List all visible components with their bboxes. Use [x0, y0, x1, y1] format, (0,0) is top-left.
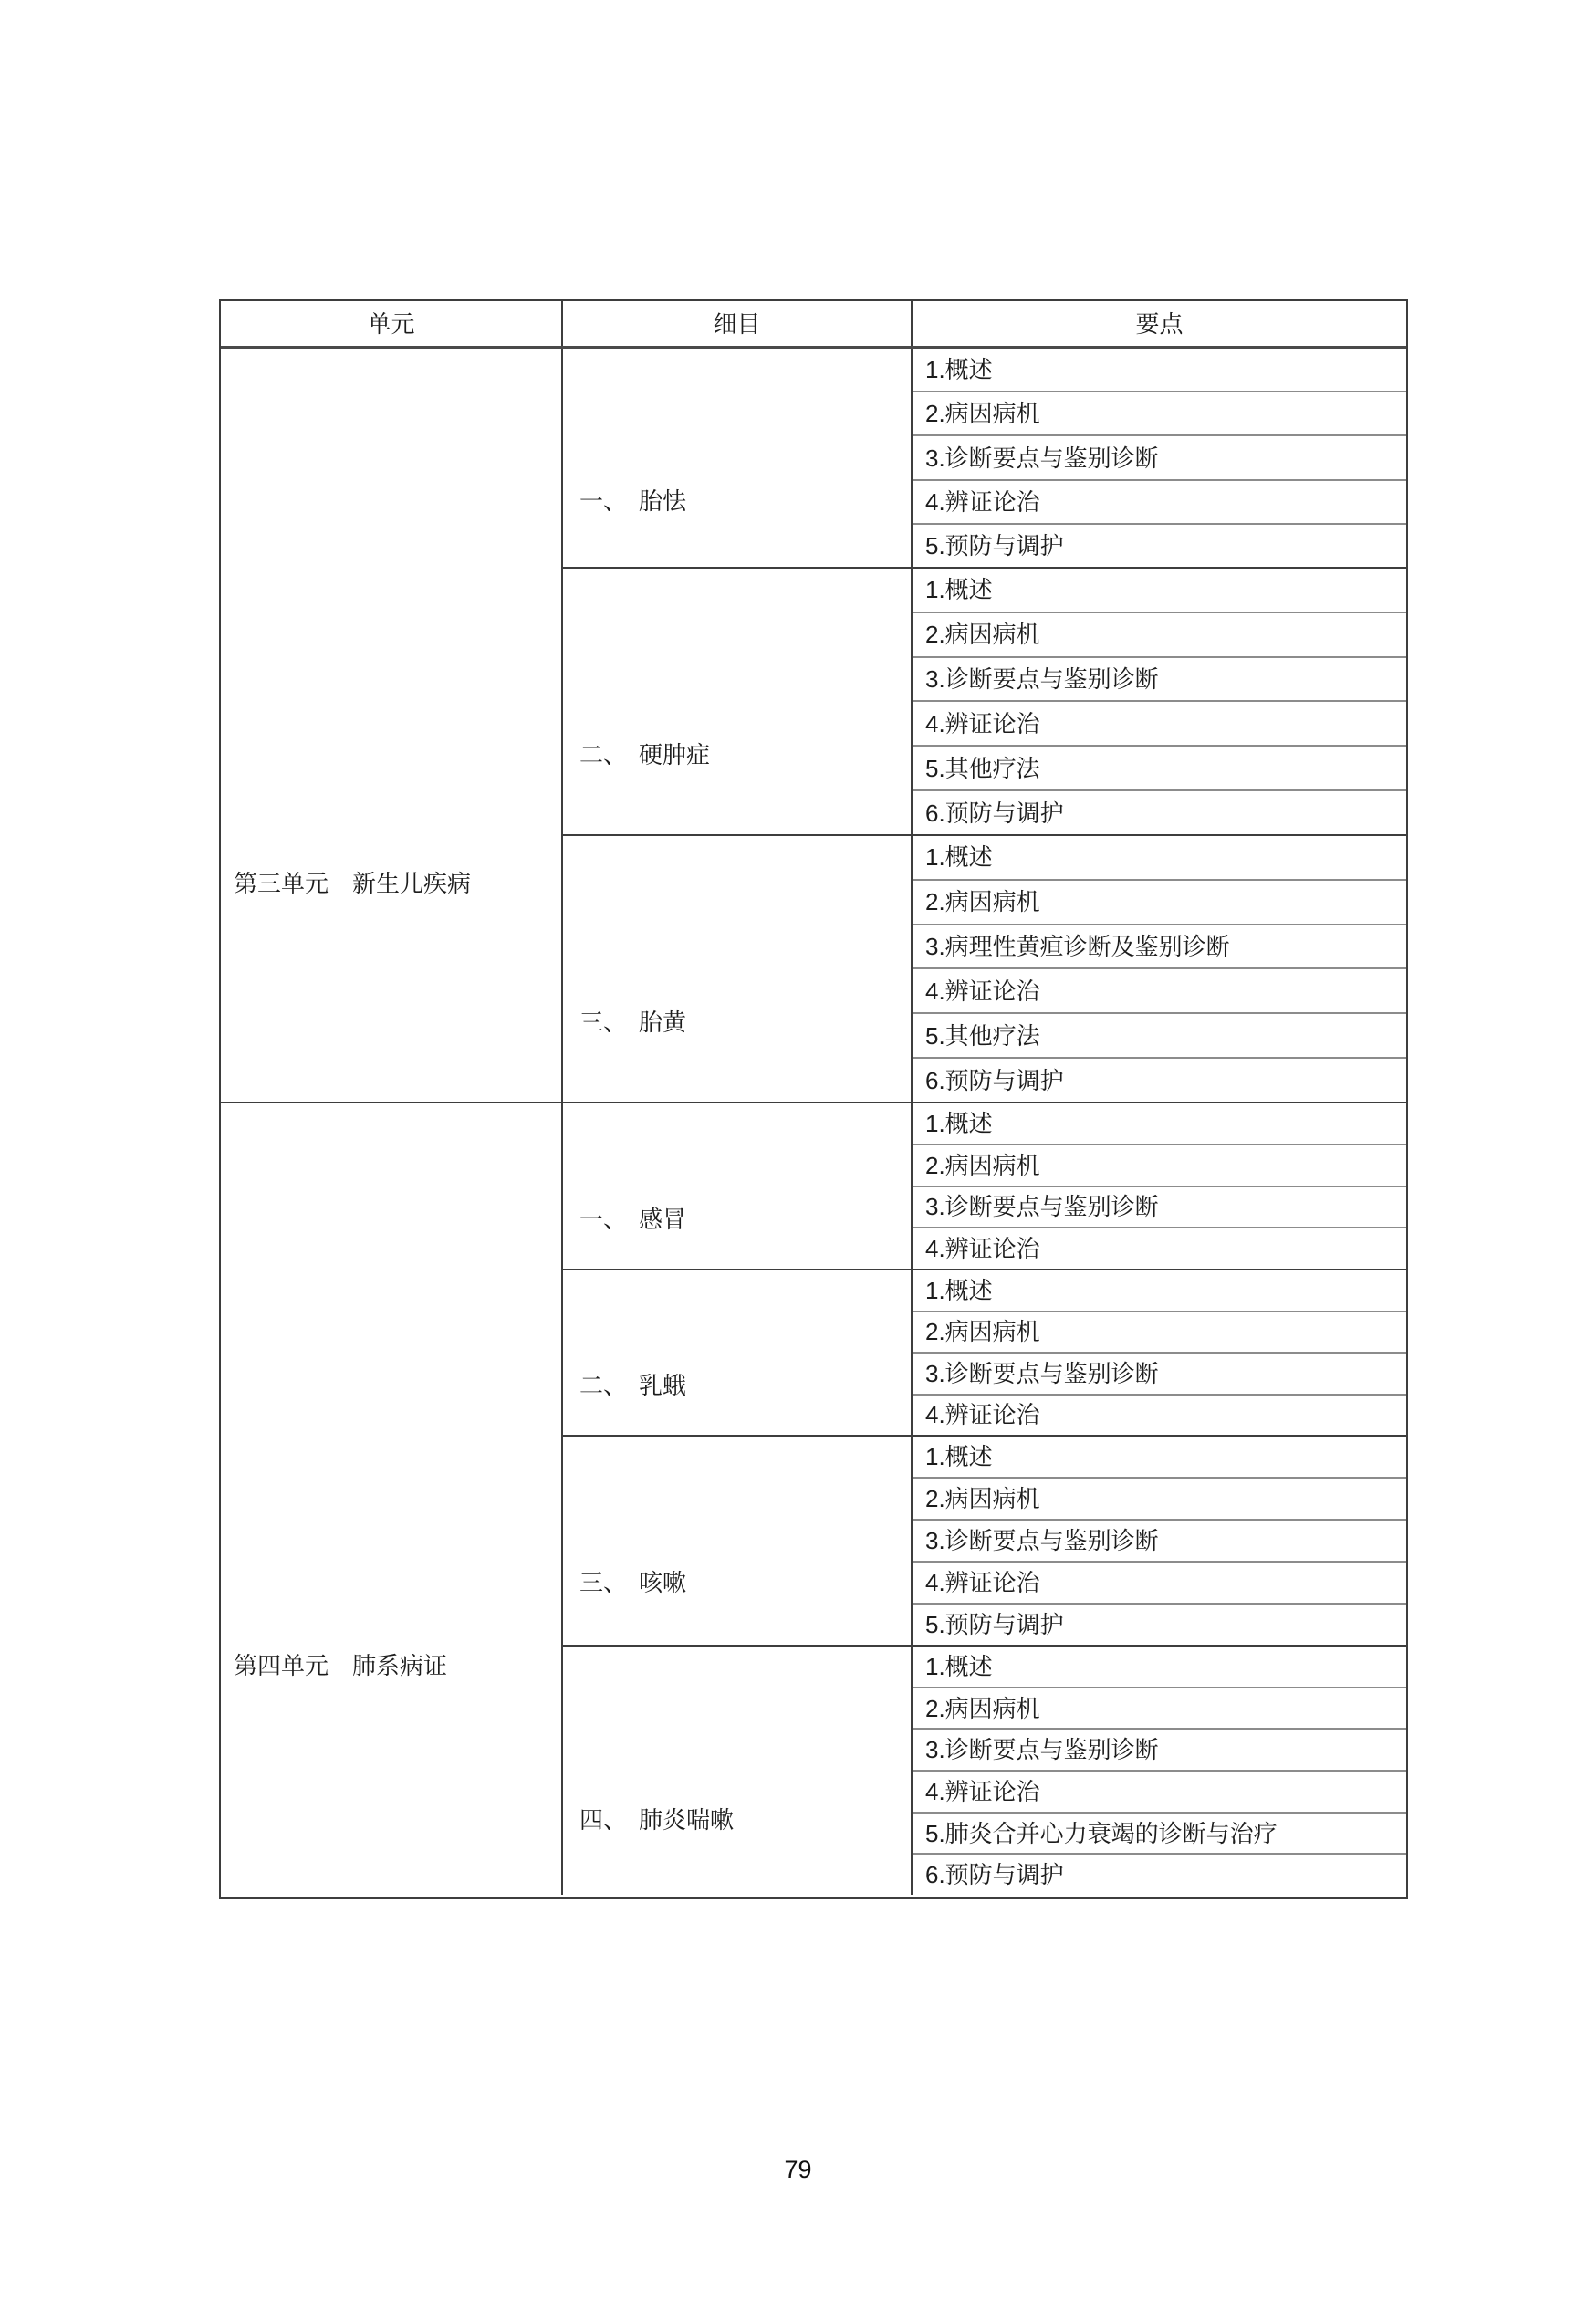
point-row: 2.病因病机	[913, 1145, 1406, 1187]
point-row: 2.病因病机	[913, 1312, 1406, 1354]
point-label: 2.病因病机	[925, 1487, 1040, 1511]
subsection-cell: 三、 胎黄	[563, 836, 913, 1102]
point-row: 5.预防与调护	[913, 1605, 1406, 1645]
point-label: 5.其他疗法	[925, 1024, 1040, 1048]
section-feiyanchuansou: 四、 肺炎喘嗽 1.概述 2.病因病机 3.诊断要点与鉴别诊断 4.辨证论治 5…	[563, 1647, 1406, 1895]
point-row: 3.诊断要点与鉴别诊断	[913, 1730, 1406, 1772]
point-label: 2.病因病机	[925, 402, 1040, 425]
point-label: 4.辨证论治	[925, 1780, 1040, 1803]
unit-cell: 第四单元 肺系病证	[221, 1103, 561, 1895]
point-label: 4.辨证论治	[925, 979, 1040, 1003]
point-label: 4.辨证论治	[925, 1571, 1040, 1594]
section-kesou: 三、 咳嗽 1.概述 2.病因病机 3.诊断要点与鉴别诊断 4.辨证论治 5.预…	[563, 1437, 1406, 1647]
points-cell: 1.概述 2.病因病机 3.诊断要点与鉴别诊断 4.辨证论治 5.肺炎合并心力衰…	[913, 1647, 1406, 1895]
point-row: 1.概述	[913, 1437, 1406, 1479]
point-label: 1.概述	[925, 1112, 993, 1135]
point-label: 3.诊断要点与鉴别诊断	[925, 1195, 1159, 1218]
point-label: 1.概述	[925, 1445, 993, 1469]
point-row: 4.辨证论治	[913, 1228, 1406, 1269]
subsection-label: 三、 咳嗽	[579, 1571, 686, 1594]
point-row: 3.诊断要点与鉴别诊断	[913, 658, 1406, 703]
point-label: 2.病因病机	[925, 1697, 1040, 1720]
points-cell: 1.概述 2.病因病机 3.诊断要点与鉴别诊断 4.辨证论治	[913, 1270, 1406, 1435]
point-label: 5.肺炎合并心力衰竭的诊断与治疗	[925, 1822, 1278, 1845]
point-row: 3.诊断要点与鉴别诊断	[913, 436, 1406, 480]
subsection-label: 四、 肺炎喘嗽	[579, 1808, 734, 1832]
point-label: 3.病理性黄疸诊断及鉴别诊断	[925, 935, 1230, 958]
unit-label: 第三单元 新生儿疾病	[234, 872, 471, 895]
subsection-cell: 二、 乳蛾	[563, 1270, 913, 1435]
point-label: 3.诊断要点与鉴别诊断	[925, 1362, 1159, 1385]
point-row: 4.辨证论治	[913, 1772, 1406, 1814]
point-row: 6.预防与调护	[913, 791, 1406, 834]
table-body: 第三单元 新生儿疾病 第四单元 肺系病证 一、 胎怯 1.概述 2.病因病机 3…	[221, 349, 1406, 1895]
point-row: 3.诊断要点与鉴别诊断	[913, 1521, 1406, 1563]
point-label: 1.概述	[925, 1279, 993, 1302]
section-rue: 二、 乳蛾 1.概述 2.病因病机 3.诊断要点与鉴别诊断 4.辨证论治	[563, 1270, 1406, 1437]
table-header-row: 单元 细目 要点	[221, 301, 1406, 349]
syllabus-table: 单元 细目 要点 第三单元 新生儿疾病 第四单元 肺系病证 一、 胎怯	[219, 299, 1408, 1899]
point-row: 5.其他疗法	[913, 747, 1406, 791]
point-row: 4.辨证论治	[913, 481, 1406, 525]
point-row: 3.病理性黄疸诊断及鉴别诊断	[913, 925, 1406, 970]
points-cell: 1.概述 2.病因病机 3.诊断要点与鉴别诊断 4.辨证论治 5.预防与调护	[913, 349, 1406, 567]
points-cell: 1.概述 2.病因病机 3.诊断要点与鉴别诊断 4.辨证论治	[913, 1103, 1406, 1269]
subsection-cell: 二、 硬肿症	[563, 569, 913, 834]
subsection-label: 一、 感冒	[579, 1207, 686, 1231]
point-label: 5.预防与调护	[925, 534, 1064, 558]
point-row: 5.预防与调护	[913, 525, 1406, 567]
point-label: 4.辨证论治	[925, 1403, 1040, 1427]
document-page: 单元 细目 要点 第三单元 新生儿疾病 第四单元 肺系病证 一、 胎怯	[0, 0, 1596, 2300]
point-row: 1.概述	[913, 1103, 1406, 1145]
points-cell: 1.概述 2.病因病机 3.诊断要点与鉴别诊断 4.辨证论治 5.预防与调护	[913, 1437, 1406, 1645]
point-label: 3.诊断要点与鉴别诊断	[925, 667, 1159, 691]
point-label: 4.辨证论治	[925, 490, 1040, 514]
subsection-cell: 四、 肺炎喘嗽	[563, 1647, 913, 1895]
point-label: 3.诊断要点与鉴别诊断	[925, 1529, 1159, 1552]
point-row: 6.预防与调护	[913, 1855, 1406, 1895]
point-row: 1.概述	[913, 349, 1406, 392]
point-label: 3.诊断要点与鉴别诊断	[925, 1738, 1159, 1762]
subsection-label: 二、 乳蛾	[579, 1374, 686, 1397]
section-taiqie: 一、 胎怯 1.概述 2.病因病机 3.诊断要点与鉴别诊断 4.辨证论治 5.预…	[563, 349, 1406, 569]
points-cell: 1.概述 2.病因病机 3.诊断要点与鉴别诊断 4.辨证论治 5.其他疗法 6.…	[913, 569, 1406, 834]
subsection-cell: 一、 胎怯	[563, 349, 913, 567]
point-row: 2.病因病机	[913, 881, 1406, 925]
point-row: 4.辨证论治	[913, 969, 1406, 1014]
unit-label: 第四单元 肺系病证	[234, 1654, 447, 1678]
header-cell-subsection: 细目	[563, 301, 913, 346]
point-row: 2.病因病机	[913, 392, 1406, 436]
subsection-label: 二、 硬肿症	[579, 743, 710, 767]
subsection-cell: 三、 咳嗽	[563, 1437, 913, 1645]
point-label: 2.病因病机	[925, 622, 1040, 646]
points-cell: 1.概述 2.病因病机 3.病理性黄疸诊断及鉴别诊断 4.辨证论治 5.其他疗法…	[913, 836, 1406, 1102]
point-row: 5.肺炎合并心力衰竭的诊断与治疗	[913, 1814, 1406, 1856]
point-row: 4.辨证论治	[913, 1563, 1406, 1605]
subsection-and-points-columns: 一、 胎怯 1.概述 2.病因病机 3.诊断要点与鉴别诊断 4.辨证论治 5.预…	[563, 349, 1406, 1895]
point-label: 2.病因病机	[925, 890, 1040, 914]
unit-column: 第三单元 新生儿疾病 第四单元 肺系病证	[221, 349, 563, 1895]
point-row: 1.概述	[913, 836, 1406, 881]
point-row: 1.概述	[913, 569, 1406, 613]
point-label: 1.概述	[925, 845, 993, 869]
point-row: 4.辨证论治	[913, 702, 1406, 747]
point-label: 1.概述	[925, 578, 993, 601]
point-label: 3.诊断要点与鉴别诊断	[925, 446, 1159, 470]
subsection-cell: 一、 感冒	[563, 1103, 913, 1269]
page-number: 79	[0, 2156, 1596, 2184]
section-ganmao: 一、 感冒 1.概述 2.病因病机 3.诊断要点与鉴别诊断 4.辨证论治	[563, 1103, 1406, 1270]
point-label: 4.辨证论治	[925, 1237, 1040, 1260]
section-taihuang: 三、 胎黄 1.概述 2.病因病机 3.病理性黄疸诊断及鉴别诊断 4.辨证论治 …	[563, 836, 1406, 1103]
point-label: 1.概述	[925, 358, 993, 382]
point-row: 4.辨证论治	[913, 1396, 1406, 1436]
point-label: 6.预防与调护	[925, 801, 1064, 825]
point-label: 1.概述	[925, 1655, 993, 1678]
point-label: 2.病因病机	[925, 1154, 1040, 1177]
point-row: 2.病因病机	[913, 613, 1406, 658]
header-cell-unit: 单元	[221, 301, 563, 346]
point-label: 5.其他疗法	[925, 757, 1040, 780]
point-label: 5.预防与调护	[925, 1613, 1064, 1636]
subsection-label: 一、 胎怯	[579, 489, 686, 513]
point-row: 1.概述	[913, 1647, 1406, 1688]
point-row: 2.病因病机	[913, 1688, 1406, 1730]
header-cell-points: 要点	[913, 301, 1406, 346]
point-row: 3.诊断要点与鉴别诊断	[913, 1354, 1406, 1396]
point-row: 5.其他疗法	[913, 1014, 1406, 1059]
point-label: 4.辨证论治	[925, 712, 1040, 736]
point-label: 6.预防与调护	[925, 1069, 1064, 1092]
section-yingzhongzheng: 二、 硬肿症 1.概述 2.病因病机 3.诊断要点与鉴别诊断 4.辨证论治 5.…	[563, 569, 1406, 836]
point-row: 3.诊断要点与鉴别诊断	[913, 1187, 1406, 1229]
unit-cell: 第三单元 新生儿疾病	[221, 349, 561, 1103]
point-label: 2.病因病机	[925, 1320, 1040, 1343]
point-row: 6.预防与调护	[913, 1059, 1406, 1102]
point-row: 1.概述	[913, 1270, 1406, 1312]
subsection-label: 三、 胎黄	[579, 1010, 686, 1034]
point-row: 2.病因病机	[913, 1479, 1406, 1521]
point-label: 6.预防与调护	[925, 1863, 1064, 1887]
